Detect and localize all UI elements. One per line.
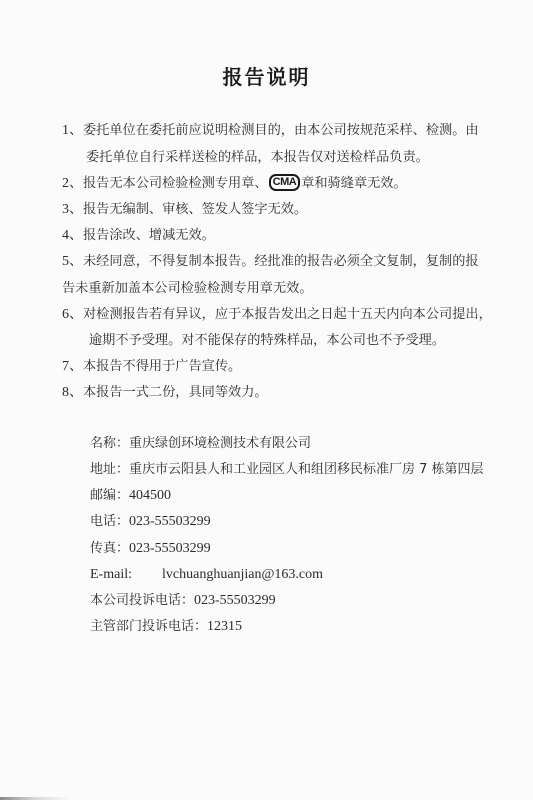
contact-address: 地址：重庆市云阳县人和工业园区人和组团移民标准厂房 7 栋第四层 xyxy=(90,461,484,479)
postcode-value: 404500 xyxy=(129,488,171,503)
clause-3: 3、报告无编制、审核、签发人签字无效。 xyxy=(62,201,307,219)
contact-name: 名称：重庆绿创环境检测技术有限公司 xyxy=(90,435,311,453)
contact-label: 主管部门投诉电话： xyxy=(90,619,207,634)
clause-8: 8、本报告一式二份，具同等效力。 xyxy=(62,384,268,402)
contact-label: 地址： xyxy=(90,462,129,477)
clause-number: 7、 xyxy=(62,359,83,374)
contact-label: E-mail: xyxy=(90,566,162,584)
company-name: 重庆绿创环境检测技术有限公司 xyxy=(129,436,311,451)
clause-text: 未经同意，不得复制本报告。经批准的报告必须全文复制，复制的报 xyxy=(83,254,479,269)
clause-text: 逾期不予受理。对不能保存的特殊样品，本公司也不予受理。 xyxy=(89,333,445,348)
clause-text: 对检测报告若有异议，应于本报告发出之日起十五天内向本公司提出， xyxy=(83,307,492,322)
document-page: 报告说明 1、委托单位在委托前应说明检测目的，由本公司按规范采样、检测。由 委托… xyxy=(0,0,533,800)
contact-label: 传真： xyxy=(90,541,129,556)
clause-text: 告未重新加盖本公司检验检测专用章无效。 xyxy=(62,281,313,296)
clause-1-continuation: 委托单位自行采样送检的样品，本报告仅对送检样品负责。 xyxy=(86,149,429,167)
clause-6: 6、对检测报告若有异议，应于本报告发出之日起十五天内向本公司提出， xyxy=(62,306,492,324)
clause-text: 章和骑缝章无效。 xyxy=(301,176,407,191)
clause-5-continuation: 告未重新加盖本公司检验检测专用章无效。 xyxy=(62,280,313,298)
cma-seal-icon: CMA xyxy=(269,174,301,191)
contact-phone: 电话：023-55503299 xyxy=(90,513,211,531)
page-title: 报告说明 xyxy=(0,61,533,90)
clause-number: 4、 xyxy=(62,228,83,243)
clause-4: 4、报告涂改、增减无效。 xyxy=(62,227,215,245)
phone-value: 023-55503299 xyxy=(129,514,211,529)
authority-complaint-phone-value: 12315 xyxy=(207,619,242,634)
contact-authority-complaint-phone: 主管部门投诉电话：12315 xyxy=(90,618,242,636)
clause-text: 报告涂改、增减无效。 xyxy=(83,228,215,243)
contact-label: 邮编： xyxy=(90,488,129,503)
email-value: lvchuanghuanjian@163.com xyxy=(162,567,323,582)
clause-number: 6、 xyxy=(62,307,83,322)
clause-7: 7、本报告不得用于广告宣传。 xyxy=(62,358,241,376)
clause-2: 2、报告无本公司检验检测专用章、CMA章和骑缝章无效。 xyxy=(62,175,407,193)
contact-email: E-mail:lvchuanghuanjian@163.com xyxy=(90,566,323,584)
clause-text: 本报告一式二份，具同等效力。 xyxy=(83,385,268,400)
clause-text: 报告无本公司检验检测专用章、 xyxy=(83,176,268,191)
contact-label: 电话： xyxy=(90,514,129,529)
clause-6-continuation: 逾期不予受理。对不能保存的特殊样品，本公司也不予受理。 xyxy=(89,332,445,350)
fax-value: 023-55503299 xyxy=(129,541,211,556)
address-value: 重庆市云阳县人和工业园区人和组团移民标准厂房 7 栋第四层 xyxy=(129,462,484,477)
contact-label: 本公司投诉电话： xyxy=(90,593,194,608)
clause-text: 报告无编制、审核、签发人签字无效。 xyxy=(83,202,307,217)
clause-text: 委托单位在委托前应说明检测目的，由本公司按规范采样、检测。由 xyxy=(83,123,479,138)
contact-postcode: 邮编：404500 xyxy=(90,487,171,505)
clause-number: 2、 xyxy=(62,176,83,191)
clause-number: 3、 xyxy=(62,202,83,217)
contact-label: 名称： xyxy=(90,436,129,451)
clause-text: 委托单位自行采样送检的样品，本报告仅对送检样品负责。 xyxy=(86,150,429,165)
clause-number: 1、 xyxy=(62,123,83,138)
contact-complaint-phone: 本公司投诉电话：023-55503299 xyxy=(90,592,276,610)
contact-fax: 传真：023-55503299 xyxy=(90,540,211,558)
complaint-phone-value: 023-55503299 xyxy=(194,593,276,608)
clause-number: 8、 xyxy=(62,385,83,400)
clause-5: 5、未经同意，不得复制本报告。经批准的报告必须全文复制，复制的报 xyxy=(62,253,479,271)
clause-number: 5、 xyxy=(62,254,83,269)
clause-1: 1、委托单位在委托前应说明检测目的，由本公司按规范采样、检测。由 xyxy=(62,122,479,140)
clause-text: 本报告不得用于广告宣传。 xyxy=(83,359,241,374)
